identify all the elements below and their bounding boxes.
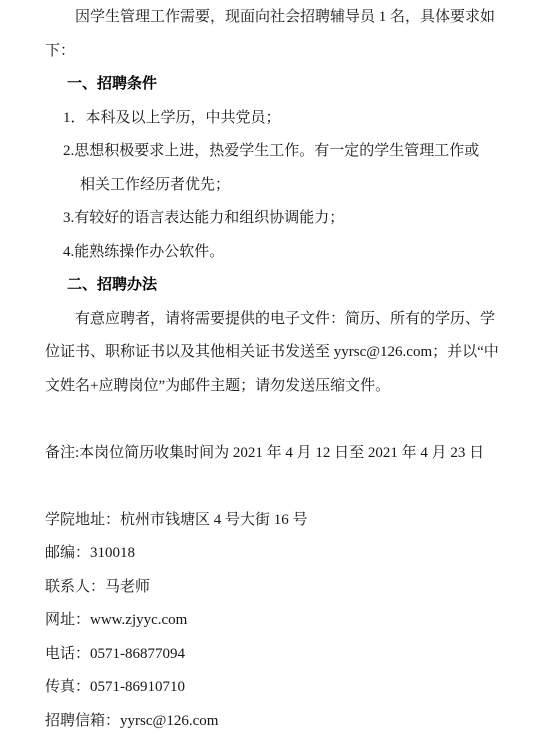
note-line: 备注:本岗位简历收集时间为 2021 年 4 月 12 日至 2021 年 4 … [45, 437, 512, 471]
contact-email-line: 招聘信箱：yyrsc@126.com [45, 705, 512, 734]
method-line-1: 有意应聘者，请将需要提供的电子文件：简历、所有的学历、学 [45, 303, 512, 337]
intro-line-2: 下： [45, 35, 512, 69]
section-heading-conditions: 一、招聘条件 [67, 68, 512, 102]
contact-phone-label: 电话： [45, 646, 90, 662]
condition-item-4: 4.能熟练操作办公软件。 [63, 236, 512, 270]
contact-email-value: yyrsc@126.com [120, 713, 218, 729]
contact-fax-value: 0571-86910710 [90, 679, 185, 695]
condition-item-2: 2.思想积极要求上进，热爱学生工作。有一定的学生管理工作或 [63, 135, 512, 169]
contact-person-line: 联系人：马老师 [45, 571, 512, 605]
contact-website-line: 网址：www.zjyyc.com [45, 604, 512, 638]
item-number-3: 3. [63, 210, 74, 226]
condition-item-3: 3.有较好的语言表达能力和组织协调能力； [63, 202, 512, 236]
document-page: 因学生管理工作需要，现面向社会招聘辅导员 1 名，具体要求如 下： 一、招聘条件… [0, 0, 550, 734]
item-text-1: 本科及以上学历，中共党员； [86, 110, 281, 126]
item-number-1: 1． [63, 110, 86, 126]
contact-address-line: 学院地址：杭州市钱塘区 4 号大街 16 号 [45, 504, 512, 538]
contact-website-value: www.zjyyc.com [90, 612, 187, 628]
item-number-4: 4. [63, 244, 74, 260]
contact-fax-label: 传真： [45, 679, 90, 695]
item-text-3: 有较好的语言表达能力和组织协调能力； [74, 210, 344, 226]
contact-block: 学院地址：杭州市钱塘区 4 号大街 16 号 邮编：310018 联系人：马老师… [45, 504, 512, 734]
contact-website-label: 网址： [45, 612, 90, 628]
contact-postcode-label: 邮编： [45, 545, 90, 561]
contact-postcode-line: 邮编：310018 [45, 537, 512, 571]
contact-phone-line: 电话：0571-86877094 [45, 638, 512, 672]
section-heading-method: 二、招聘办法 [67, 269, 512, 303]
contact-phone-value: 0571-86877094 [90, 646, 185, 662]
item-text-2: 思想积极要求上进，热爱学生工作。有一定的学生管理工作或 [74, 143, 479, 159]
contact-address-label: 学院地址： [45, 512, 120, 528]
contact-address-value: 杭州市钱塘区 4 号大街 16 号 [120, 512, 308, 528]
item-number-2: 2. [63, 143, 74, 159]
contact-postcode-value: 310018 [90, 545, 135, 561]
document-content: 因学生管理工作需要，现面向社会招聘辅导员 1 名，具体要求如 下： 一、招聘条件… [0, 0, 550, 734]
item-text-4: 能熟练操作办公软件。 [74, 244, 224, 260]
method-line-3: 文姓名+应聘岗位”为邮件主题；请勿发送压缩文件。 [45, 370, 512, 404]
contact-person-label: 联系人： [45, 579, 105, 595]
contact-person-value: 马老师 [105, 579, 150, 595]
condition-item-2-continued: 相关工作经历者优先； [80, 169, 512, 203]
intro-line-1: 因学生管理工作需要，现面向社会招聘辅导员 1 名，具体要求如 [45, 1, 512, 35]
condition-item-1: 1．本科及以上学历，中共党员； [63, 102, 512, 136]
contact-fax-line: 传真：0571-86910710 [45, 671, 512, 705]
contact-email-label: 招聘信箱： [45, 713, 120, 729]
method-line-2: 位证书、职称证书以及其他相关证书发送至 yyrsc@126.com；并以“中 [45, 336, 512, 370]
